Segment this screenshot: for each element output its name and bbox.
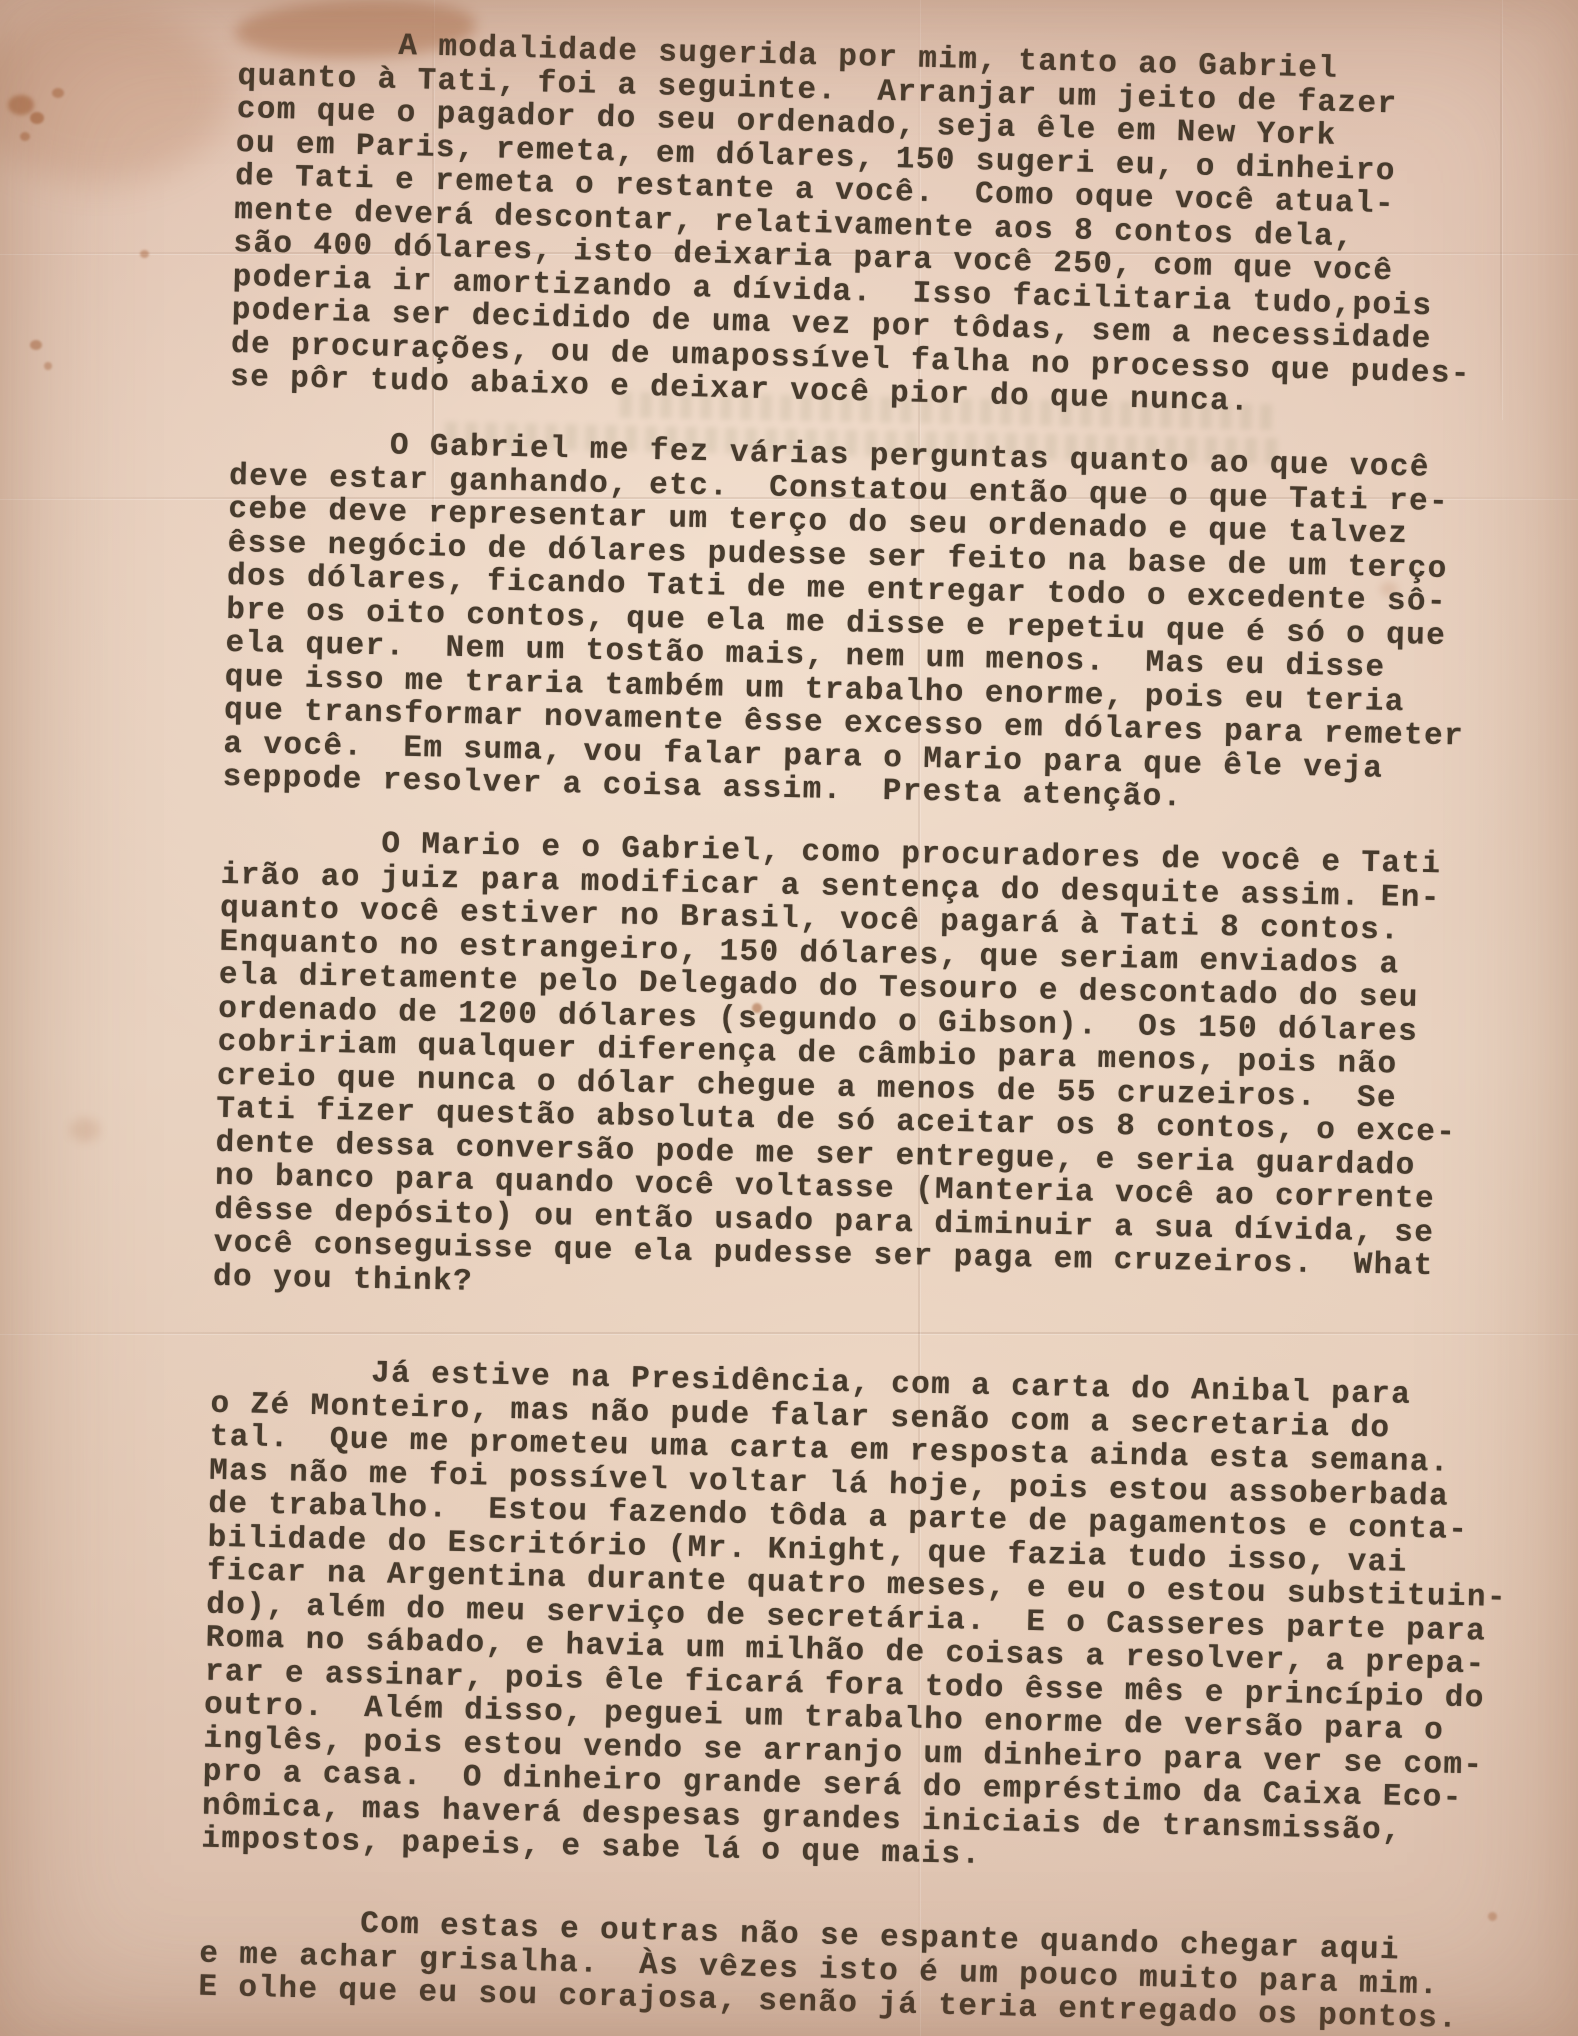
letter-body: A modalidade sugerida por mim, tanto ao … xyxy=(198,26,1538,2030)
stain xyxy=(140,250,149,258)
letter-page: A modalidade sugerida por mim, tanto ao … xyxy=(0,0,1578,2036)
paragraph: O Mario e o Gabriel, como procuradores d… xyxy=(213,825,1522,1319)
paragraph: Já estive na Presidência, com a carta do… xyxy=(201,1354,1511,1884)
stain xyxy=(30,340,42,350)
stain xyxy=(70,1118,100,1142)
paragraph: O Gabriel me fez várias perguntas quanto… xyxy=(222,425,1530,821)
stain xyxy=(30,112,44,124)
stain xyxy=(52,88,64,98)
stain xyxy=(44,362,52,370)
paragraph: Com estas e outras não se espante quando… xyxy=(198,1903,1500,2036)
paragraph: A modalidade sugerida por mim, tanto ao … xyxy=(230,26,1539,426)
stain xyxy=(0,8,230,183)
stain xyxy=(8,95,34,115)
stain xyxy=(20,132,30,141)
